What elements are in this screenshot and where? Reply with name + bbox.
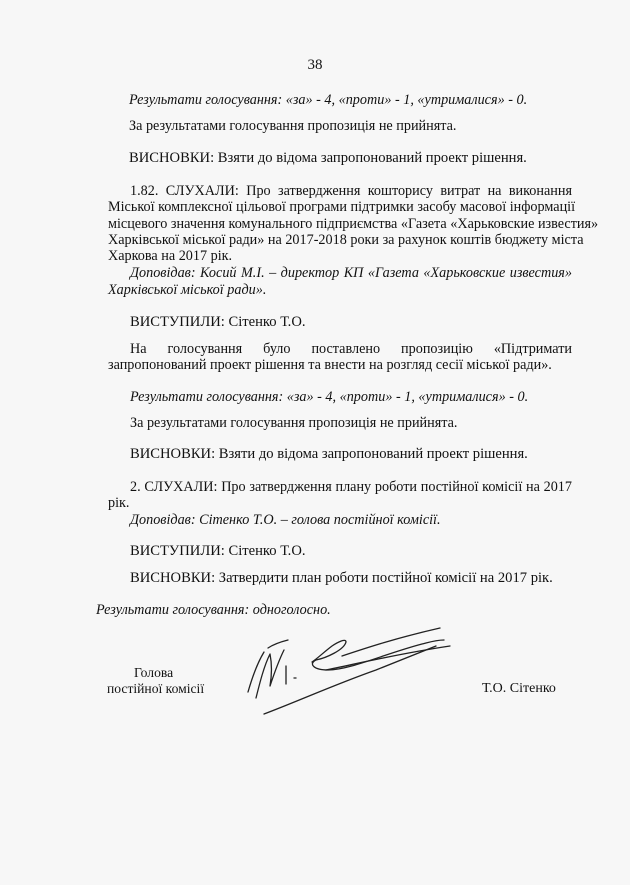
speaker-line: Доповідав: Сітенко Т.О. – голова постійн…	[130, 512, 441, 528]
speaker-line: Харківської міської ради».	[108, 282, 266, 298]
vote-results: Результати голосування: «за» - 4, «проти…	[129, 92, 527, 108]
speaker-line: Доповідав: Косий М.І. – директор КП «Газ…	[130, 265, 572, 281]
heard-line: Харкова на 2017 рік.	[108, 248, 232, 264]
proposal-line: На голосування було поставлено пропозиці…	[130, 341, 572, 357]
signatory-title: постійної комісії	[107, 681, 204, 697]
signatory-title: Голова	[134, 665, 173, 681]
signatory-name: Т.О. Сітенко	[482, 681, 556, 697]
result-statement: За результатами голосування пропозиція н…	[130, 415, 457, 431]
heard-line: місцевого значення комунального підприєм…	[108, 216, 572, 232]
vote-results: Результати голосування: «за» - 4, «проти…	[130, 389, 528, 405]
spoke: ВИСТУПИЛИ: Сітенко Т.О.	[130, 314, 306, 330]
heard-line: 2. СЛУХАЛИ: Про затвердження плану робот…	[130, 479, 572, 495]
heard-line: Міської комплексної цільової програми пі…	[108, 199, 572, 215]
document-page: 38 Результати голосування: «за» - 4, «пр…	[0, 0, 630, 885]
conclusions: ВИСНОВКИ: Взяти до відома запропонований…	[129, 150, 527, 166]
heard-line: 1.82. СЛУХАЛИ: Про затвердження кошторис…	[130, 183, 572, 199]
result-statement: За результатами голосування пропозиція н…	[129, 118, 456, 134]
heard-line: рік.	[108, 495, 129, 511]
final-vote: Результати голосування: одноголосно.	[96, 602, 331, 618]
conclusions: ВИСНОВКИ: Взяти до відома запропонований…	[130, 446, 528, 462]
conclusions: ВИСНОВКИ: Затвердити план роботи постійн…	[130, 570, 553, 586]
page-number: 38	[0, 57, 630, 74]
heard-line: Харківської міської ради» на 2017-2018 р…	[108, 232, 572, 248]
spoke: ВИСТУПИЛИ: Сітенко Т.О.	[130, 543, 306, 559]
handwritten-signature	[246, 620, 458, 716]
proposal-line: запропонований проект рішення та внести …	[108, 357, 552, 373]
